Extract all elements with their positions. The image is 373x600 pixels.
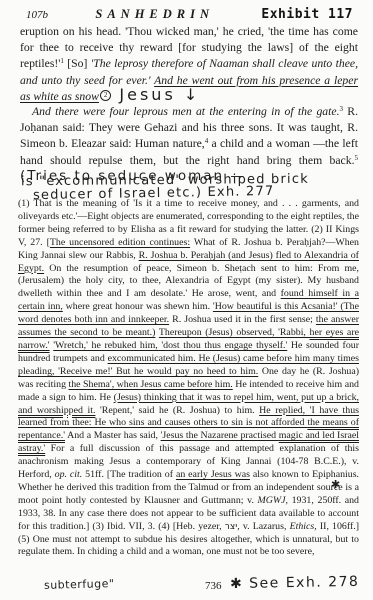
body-paragraph-eruption: eruption on his head. 'Thou wicked man,'… [20,24,358,105]
text-segment: where great honour was shewn him. [63,301,213,312]
text-segment: 'Wretch,' he rebuked him, 'dost thou thu… [53,340,287,351]
text-segment: And there were four leprous men at the e… [32,105,340,118]
text-segment: and worshipped it. [18,405,95,416]
text-segment: (Jesus) thinking that it was to repel hi… [114,392,359,403]
text-segment: 51ff. [The tradition of [82,469,176,480]
text-segment: And a Master has said, [65,430,161,441]
tractate-title: SANHEDRIN [95,7,214,22]
text-segment: The uncensored edition continues: [50,237,190,248]
text-segment: [So] [64,57,91,70]
text-segment: , v. Lazarus, [237,521,289,532]
text-segment: 5 [355,154,359,162]
text-segment: Jesus ↓ [119,85,200,104]
text-segment: R. Joshua used it in the first sense; [169,314,316,325]
handwritten-see-exhibit: ✱ See Exh. 278 [230,574,360,592]
text-segment: 2 [100,90,112,102]
text-segment: Thereupon (Jesus) observed, 'Rabbi, [159,327,310,338]
text-segment: יצר [225,522,237,532]
page-number: 736 [205,580,222,592]
exhibit-stamp: Exhibit 117 [261,7,353,22]
handwritten-asterisk-jannai: ✱ [331,478,340,491]
text-segment: an early Jesus was [176,469,250,480]
text-segment: Ethics, [290,521,317,532]
handwritten-subterfuge: subterfuge" [44,577,115,592]
page-header: 107b SANHEDRIN Exhibit 117 [26,7,353,22]
text-segment: MGWJ, [258,495,288,506]
footnotes-block: (1) That is the meaning of 'Is it a time… [18,198,359,559]
text-segment: 'Jesus the Nazarene practised [161,430,279,441]
text-segment: 'Repent,' said he (R. Joshua) to him. [95,405,259,416]
scanned-page: 107b SANHEDRIN Exhibit 117 eruption on h… [0,0,373,600]
text-segment: op. cit. [55,469,83,480]
text-segment: the Shema', when Jesus came before him. [69,379,233,390]
folio-number: 107b [26,9,48,21]
